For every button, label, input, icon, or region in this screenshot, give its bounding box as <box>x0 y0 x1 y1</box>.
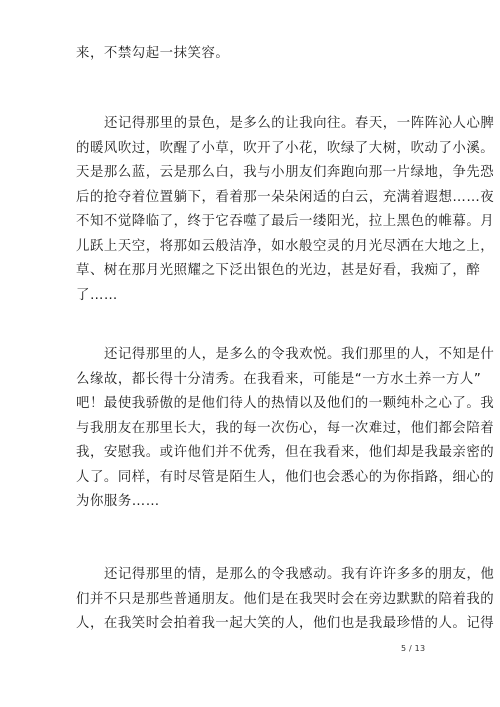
text-line: 草、树在那月光照耀之下泛出银色的光边，甚是好看，我痴了，醉 <box>76 263 480 279</box>
text-line: 后的抢夺着位置躺下，看着那一朵朵闲适的白云，充满着遐想……夜 <box>76 190 494 206</box>
paragraph-people-start: 还记得那里的人，是多么的令我欢悦。我们那里的人，不知是什 <box>104 347 494 363</box>
text-line: 人，在我笑时会拍着我一起大笑的人，他们也是我最珍惜的人。记得 <box>76 616 494 632</box>
text-line: 为你服务…… <box>76 494 160 510</box>
text-line: 了…… <box>76 288 118 304</box>
paragraph-scenery-start: 还记得那里的景色，是多么的让我向往。春天，一阵阵沁人心脾 <box>104 116 494 132</box>
text-line: 人了。同样，有时尽管是陌生人，他们也会悉心的为你指路，细心的 <box>76 470 494 486</box>
paragraph-feelings-start: 还记得那里的情，是那么的令我感动。我有许许多多的朋友，他 <box>104 567 494 583</box>
text-line: 们并不只是那些普通朋友。他们是在我哭时会在旁边默默的陪着我的 <box>76 592 494 608</box>
text-line: 的暖风吹过，吹醒了小草，吹开了小花，吹绿了大树，吹动了小溪。 <box>76 141 494 157</box>
text-line: 不知不觉降临了，终于它吞噬了最后一缕阳光，拉上黑色的帷幕。月 <box>76 214 494 230</box>
document-page: 来，不禁勾起一抹笑容。 还记得那里的景色，是多么的让我向往。春天，一阵阵沁人心脾… <box>0 0 500 707</box>
text-line: 我，安慰我。或许他们并不优秀，但在我看来，他们却是我最亲密的 <box>76 445 494 461</box>
text-line: 来，不禁勾起一抹笑容。 <box>76 46 229 62</box>
page-number: 5 / 13 <box>401 644 425 653</box>
text-line: 与我朋友在那里长大，我的每一次伤心，每一次难过，他们都会陪着 <box>76 421 494 437</box>
text-line: 吧！最使我骄傲的是他们待人的热情以及他们的一颗纯朴之心了。我 <box>76 396 494 412</box>
text-line: 么缘故，都长得十分清秀。在我看来，可能是“一方水土养一方人” <box>76 372 481 388</box>
text-line: 儿跃上天空，将那如云般洁净，如水般空灵的月光尽洒在大地之上， <box>76 239 494 255</box>
text-line: 天是那么蓝，云是那么白，我与小朋友们奔跑向那一片绿地，争先恐 <box>76 165 494 181</box>
